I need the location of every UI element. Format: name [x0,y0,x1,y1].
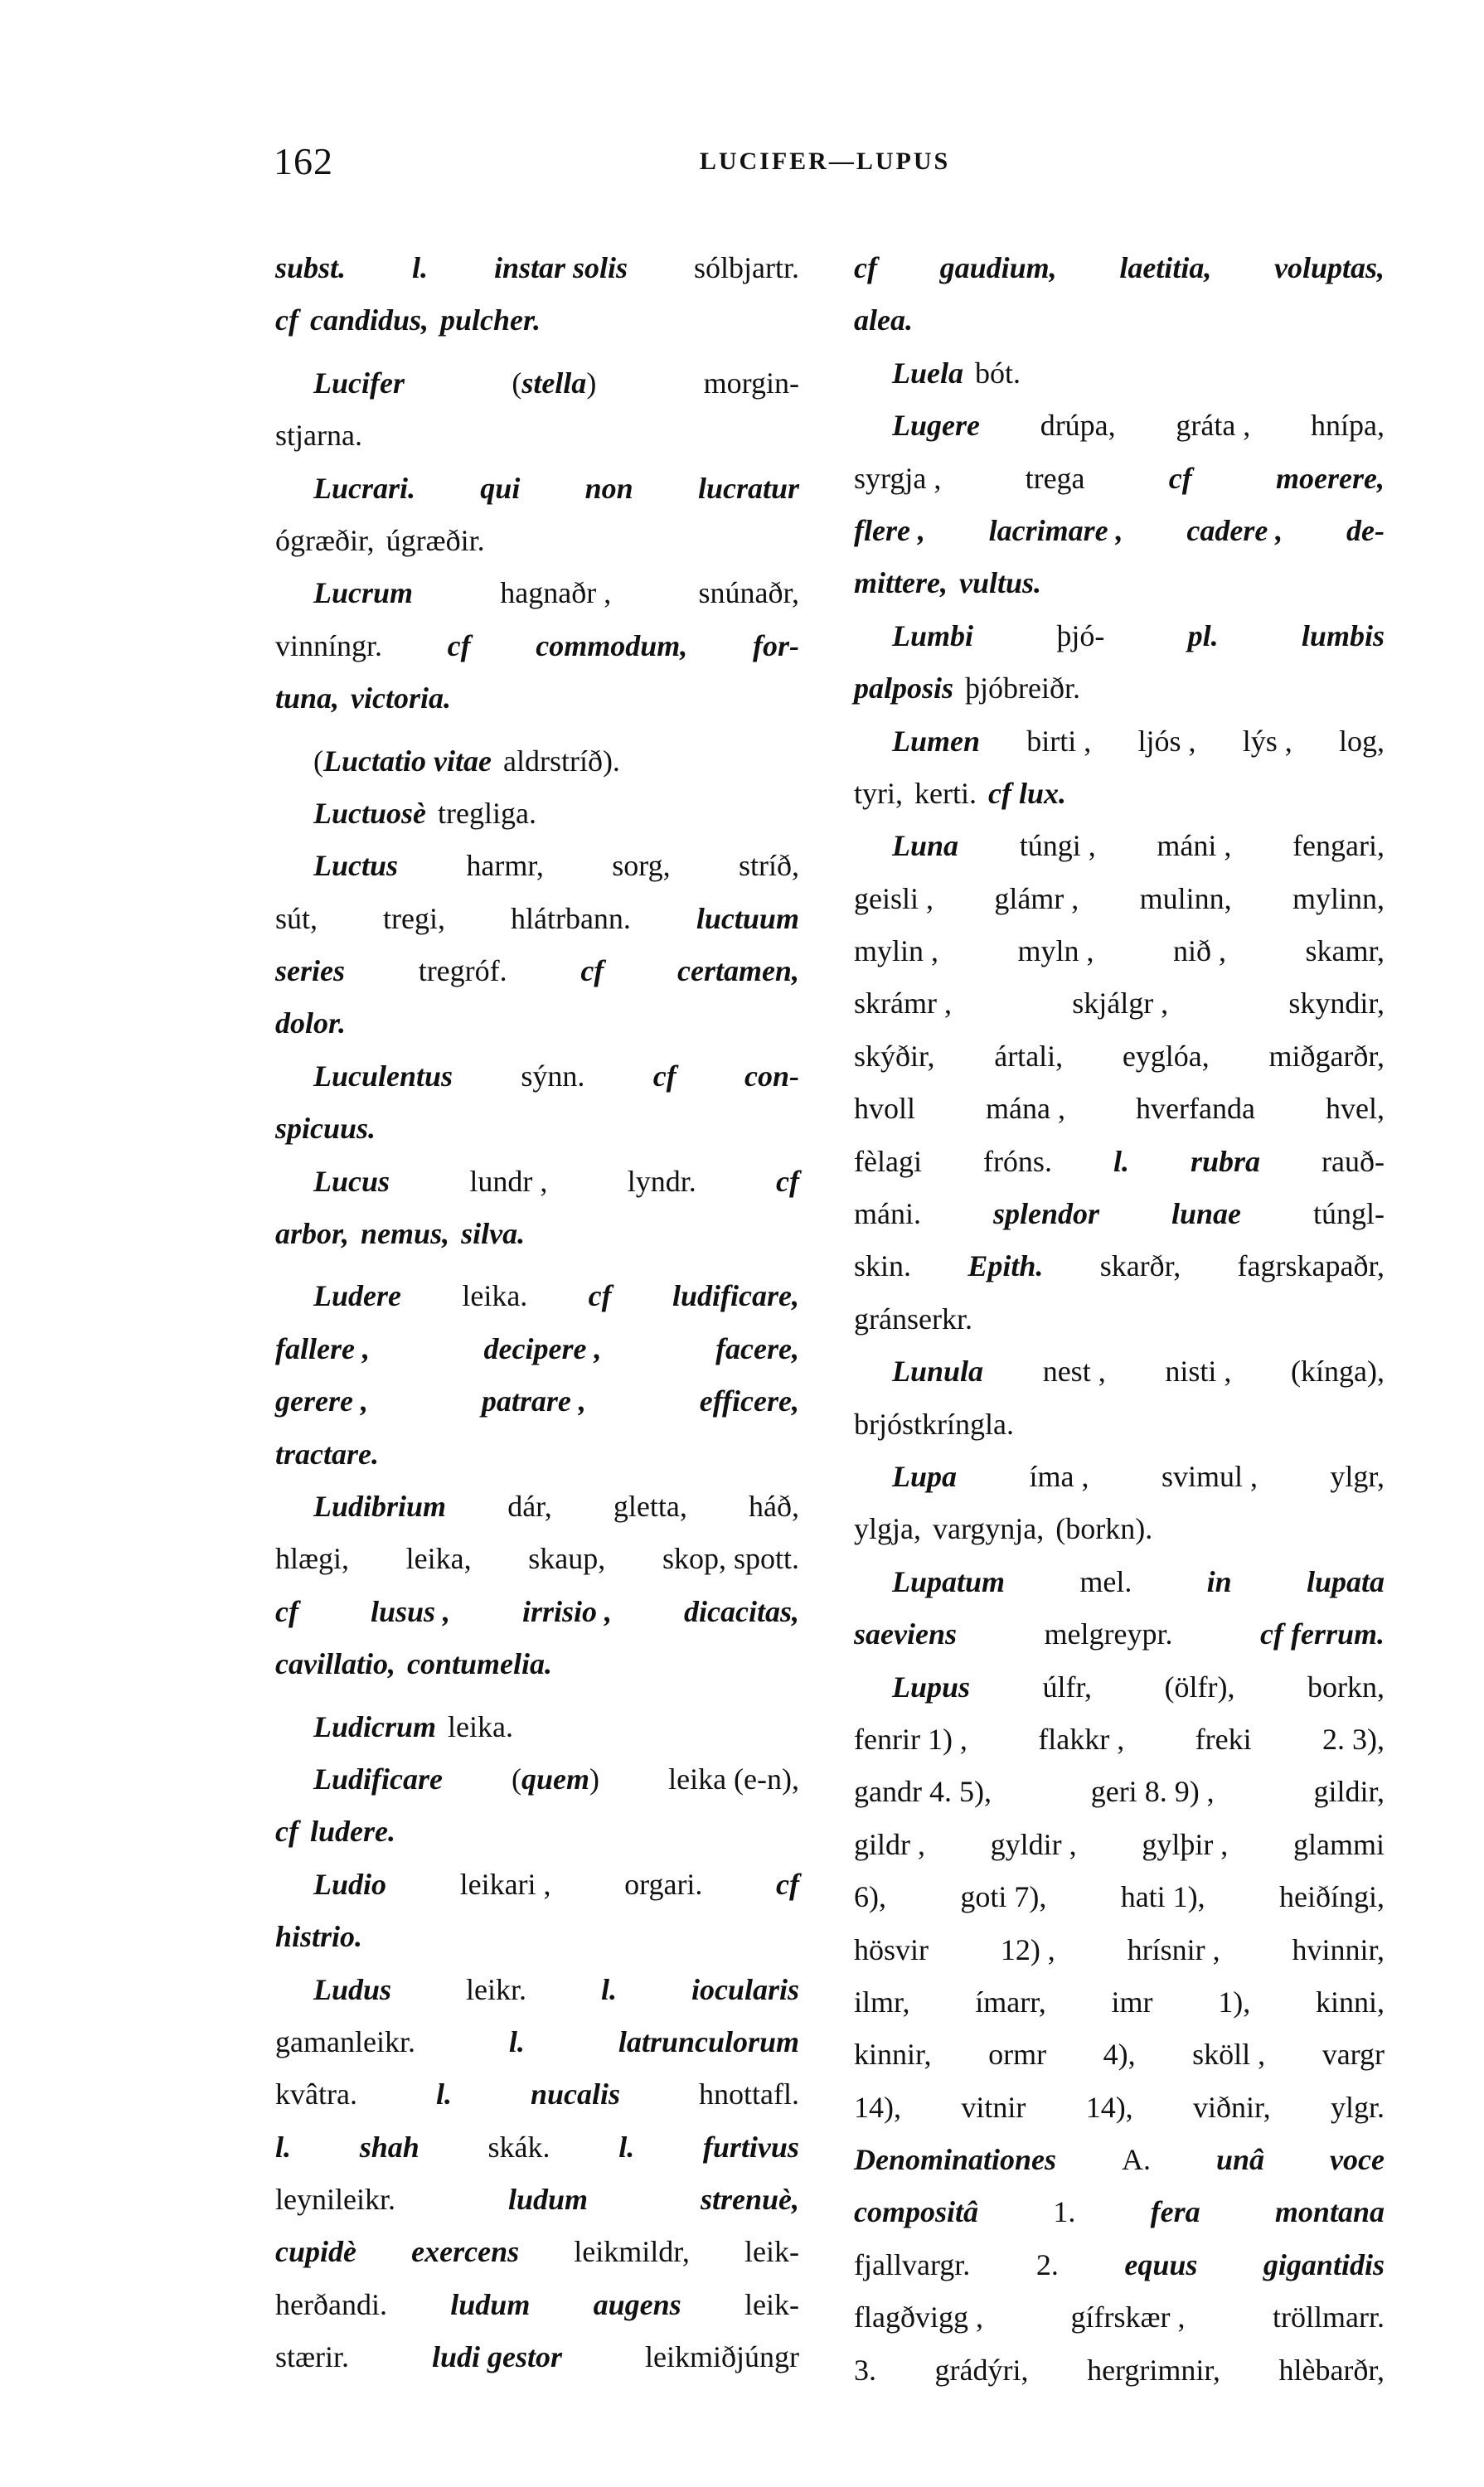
text-line: saeviensmelgreypr.cf ferrum. [854,1608,1385,1660]
latin-term: cf [776,1165,799,1198]
icelandic-gloss: leikmildr, [574,2235,690,2268]
text-line: Lucifer(stella)morgin- [275,357,799,410]
icelandic-gloss: borkn, [1307,1670,1385,1704]
icelandic-gloss: hvoll [854,1092,915,1125]
text-line: tuna,victoria. [275,672,799,725]
word-group: histrio. [275,1911,362,1963]
word-group: geisli , [854,873,934,925]
icelandic-gloss: fenrir 1) , [854,1723,968,1756]
word-group: con- [744,1050,799,1103]
icelandic-gloss: 1), [1218,1985,1250,2019]
word-group: nið , [1173,925,1226,977]
icelandic-gloss: íma , [1029,1460,1089,1493]
icelandic-gloss: stærir. [275,2340,349,2373]
word-group: sút, [275,893,318,945]
latin-term: Lupatum [892,1565,1005,1598]
latin-term: cupidè [275,2235,356,2268]
icelandic-gloss: (kínga), [1291,1355,1385,1388]
word-group: fera [1151,2186,1200,2238]
word-group: leikari , [460,1859,551,1911]
word-group: glammi [1293,1819,1385,1871]
word-group: mittere, [854,557,948,609]
text-line: ógræðir,úgræðir. [275,515,799,567]
word-group: hlèbarðr, [1278,2344,1385,2397]
latin-term: montana [1275,2195,1385,2228]
text-line: cflusus ,irrisio ,dicacitas, [275,1586,799,1638]
icelandic-gloss: vitnir [961,2091,1026,2124]
word-group: hnípa, [1311,400,1385,452]
word-group: gletta, [613,1481,687,1533]
word-group: cf [580,945,604,997]
word-group: leikr. [466,1964,526,2016]
icelandic-gloss: mána , [986,1092,1065,1125]
word-group: skyndir, [1288,977,1385,1030]
icelandic-gloss: tröllmarr. [1273,2300,1385,2334]
text-line: sút,tregi,hlátrbann.luctuum [275,893,799,945]
word-group: subst. [275,242,346,294]
latin-term: l. [618,2131,634,2164]
latin-term: Lucrari. [313,472,415,505]
latin-term: lumbis [1302,619,1385,652]
text-line: kvâtra.l.nucalishnottafl. [275,2068,799,2121]
icelandic-gloss: viðnir, [1193,2091,1271,2124]
icelandic-gloss: hlèbarðr, [1278,2354,1385,2387]
word-group: arbor, [275,1208,349,1260]
text-line: Luelabót. [854,347,1385,400]
word-group: orgari. [624,1859,702,1911]
text-line: mylin ,myln ,nið ,skamr, [854,925,1385,977]
icelandic-gloss: imr [1112,1985,1153,2019]
latin-term: Denominationes [854,2143,1056,2176]
word-group: nemus, [361,1208,449,1260]
word-group: lupata [1307,1556,1385,1608]
running-head: LUCIFER—LUPUS [274,148,1376,176]
icelandic-gloss: (ölfr), [1165,1670,1235,1704]
icelandic-gloss: lyndr. [628,1165,696,1198]
latin-term: Luna [892,829,958,862]
word-group: hergrimnir, [1087,2344,1220,2397]
word-group: ylgr, [1330,1451,1385,1503]
word-group: strenuè, [701,2174,799,2226]
latin-term: compositâ [854,2195,978,2228]
word-group: Luctuosè [313,788,426,840]
text-line: hlægi,leika,skaup,skop, spott. [275,1533,799,1585]
word-group: úlfr, [1043,1661,1093,1714]
icelandic-gloss: leika (e-n), [668,1762,799,1796]
latin-term: decipere , [484,1332,602,1365]
word-group: Lunula [892,1345,983,1398]
word-group: tregliga. [438,788,536,840]
word-group: cf [776,1156,799,1208]
icelandic-gloss: skarðr, [1100,1249,1181,1282]
word-group: geri 8. 9) , [1091,1766,1215,1818]
word-group: nisti , [1165,1345,1231,1398]
text-line: DenominationesA.unâvoce [854,2134,1385,2186]
icelandic-gloss: tregliga. [438,797,536,830]
icelandic-gloss: nest , [1043,1355,1106,1388]
word-group: sorg, [612,840,670,892]
word-group: augens [594,2279,681,2331]
word-group: shah [360,2121,419,2174]
text-line: gerere ,patrare ,efficere, [275,1375,799,1428]
text-line: Luctusharmr,sorg,stríð, [275,840,799,892]
latin-term: Lucrum [313,576,413,609]
word-group: fróns. [983,1136,1052,1188]
word-group: flagðvigg , [854,2291,983,2344]
text-line: Lumenbirti ,ljós ,lýs ,log, [854,715,1385,768]
word-group: fjallvargr. [854,2239,970,2291]
icelandic-gloss: kvâtra. [275,2077,357,2111]
icelandic-gloss: fróns. [983,1145,1052,1178]
word-group: cf [589,1270,612,1322]
text-line: stærir.ludi gestorleikmiðjúngr [275,2331,799,2383]
text-line: flere ,lacrimare ,cadere ,de- [854,505,1385,557]
word-group: brjóstkríngla. [854,1399,1014,1451]
icelandic-gloss: skin. [854,1249,911,1282]
latin-term: tuna, [275,681,339,715]
latin-term: non [585,472,633,505]
word-group: tregróf. [419,945,507,997]
text-line: compositâ1.feramontana [854,2186,1385,2238]
latin-term: patrare , [482,1384,586,1418]
icelandic-gloss: mylinn, [1292,882,1385,915]
word-group: vargynja, [933,1503,1044,1555]
word-group: gamanleikr. [275,2016,415,2068]
word-group: kinnir, [854,2029,932,2081]
word-group: skrámr , [854,977,952,1030]
word-group: 2. 3), [1322,1714,1385,1766]
latin-term: cadere , [1186,514,1283,547]
text-line: gildr ,gyldir ,gylþir ,glammi [854,1819,1385,1871]
latin-term: dolor. [275,1006,346,1040]
word-group: l. [1113,1136,1129,1188]
latin-term: cf [653,1059,677,1093]
word-group: fèlagi [854,1136,922,1188]
word-group: viðnir, [1193,2082,1271,2134]
text-line: Luctuosètregliga. [275,788,799,840]
text-line: Ludereleika.cfludificare, [275,1270,799,1322]
text-line: gandr 4. 5),geri 8. 9) ,gildir, [854,1766,1385,1818]
icelandic-gloss: ljós , [1137,725,1195,758]
text-line: skrámr ,skjálgr ,skyndir, [854,977,1385,1030]
word-group: pl. [1188,610,1219,662]
word-group: gigantidis [1263,2239,1385,2291]
text-line: skin.Epith.skarðr,fagrskapaðr, [854,1240,1385,1292]
page-header: 162 LUCIFER—LUPUS [274,139,1376,189]
latin-term: subst. [275,251,346,284]
latin-term: Ludus [313,1973,391,2006]
word-group: l. [601,1964,617,2016]
word-group: ludere. [310,1806,395,1858]
text-line: dolor. [275,997,799,1050]
text-line: alea. [854,294,1385,347]
word-group: vinníngr. [275,620,382,672]
icelandic-gloss: leika. [448,1710,513,1743]
icelandic-gloss: skyndir, [1288,987,1385,1020]
word-group: cavillatio, [275,1638,395,1690]
word-group: Ludus [313,1964,391,2016]
icelandic-gloss: ( [512,366,521,400]
text-line: 14),vitnir14),viðnir,ylgr. [854,2082,1385,2134]
word-group: máni , [1157,820,1231,872]
word-group: leika. [448,1701,513,1753]
latin-term: furtivus [703,2131,799,2164]
word-group: Epith. [968,1240,1043,1292]
word-group: Lumbi [892,610,973,662]
word-group: ímarr, [975,1976,1046,2029]
word-group: freki [1195,1714,1252,1766]
word-group: voluptas, [1274,242,1385,294]
word-group: hvinnir, [1292,1924,1385,1976]
text-line: Ludicrumleika. [275,1701,799,1753]
word-group: leika. [462,1270,527,1322]
word-group: vitnir [961,2082,1026,2134]
latin-term: vultus. [959,566,1041,599]
word-group: commodum, [536,620,687,672]
latin-term: Lupa [892,1460,957,1493]
word-group: miðgarðr, [1268,1030,1385,1083]
icelandic-gloss: ylgr. [1331,2091,1385,2124]
word-group: hvel, [1326,1083,1385,1135]
latin-term: gigantidis [1263,2248,1385,2281]
icelandic-gloss: sorg, [612,849,670,882]
icelandic-gloss: geisli , [854,882,934,915]
icelandic-gloss: túngl- [1313,1197,1385,1230]
icelandic-gloss: dár, [507,1490,552,1523]
icelandic-gloss: nisti , [1165,1355,1231,1388]
icelandic-gloss: sköll , [1192,2038,1265,2071]
latin-term: Lupus [892,1670,970,1704]
latin-term: shah [360,2131,419,2164]
latin-term: cf [448,629,471,662]
word-group: alea. [854,294,913,347]
word-group: facere, [715,1323,799,1375]
icelandic-gloss: leika, [406,1542,472,1575]
latin-term: laetitia, [1119,251,1211,284]
icelandic-gloss: 4), [1103,2038,1136,2071]
word-group: flakkr , [1038,1714,1124,1766]
word-group: stjarna. [275,410,362,462]
text-line: cfludere. [275,1806,799,1858]
icelandic-gloss: myln , [1017,934,1094,967]
word-group: cf [854,242,877,294]
word-group: gandr 4. 5), [854,1766,992,1818]
latin-term: Ludio [313,1868,386,1901]
text-line: arbor,nemus,silva. [275,1208,799,1260]
word-group: 3. [854,2344,876,2397]
icelandic-gloss: ) [589,1762,599,1796]
icelandic-gloss: gránserkr. [854,1302,972,1336]
word-group: saeviens [854,1608,957,1660]
text-line: Lupaíma ,svimul ,ylgr, [854,1451,1385,1503]
word-group: l. [509,2016,525,2068]
text-line: hösvir12) ,hrísnir ,hvinnir, [854,1924,1385,1976]
icelandic-gloss: svimul , [1161,1460,1258,1493]
icelandic-gloss: kinni, [1316,1985,1385,2019]
word-group: Lucus [313,1156,390,1208]
text-line: ilmr,ímarr,imr1),kinni, [854,1976,1385,2029]
latin-term: Luctus [313,849,398,882]
icelandic-gloss: sút, [275,902,318,935]
word-group: sköll , [1192,2029,1265,2081]
text-line: Lunulanest ,nisti ,(kínga), [854,1345,1385,1398]
icelandic-gloss: sýnn. [521,1059,584,1093]
icelandic-gloss: úlfr, [1043,1670,1093,1704]
word-group: stærir. [275,2331,349,2383]
word-group: kinni, [1316,1976,1385,2029]
word-group: efficere, [700,1375,799,1428]
icelandic-gloss: tregróf. [419,954,507,987]
word-group: leikmildr, [574,2226,690,2278]
text-line: Lucrumhagnaðr ,snúnaðr, [275,567,799,619]
icelandic-gloss: 12) , [1001,1933,1055,1966]
icelandic-gloss: goti 7), [960,1880,1046,1913]
word-group: cupidè [275,2226,356,2278]
icelandic-gloss: gylþir , [1142,1828,1228,1861]
latin-term: cf [275,1595,298,1628]
word-group: gyldir , [991,1819,1077,1871]
icelandic-gloss: morgin- [704,366,799,400]
word-group: de- [1346,505,1385,557]
icelandic-gloss: miðgarðr, [1268,1040,1385,1073]
icelandic-gloss: orgari. [624,1868,702,1901]
word-group: cf [448,620,471,672]
word-group: lyndr. [628,1156,696,1208]
word-group: gildir, [1313,1766,1385,1818]
word-group: (borkn). [1055,1503,1152,1555]
latin-term: con- [744,1059,799,1093]
word-group: stríð, [739,840,799,892]
word-group: cf [1169,453,1192,505]
latin-term: efficere, [700,1384,799,1418]
latin-term: ludi gestor [432,2340,562,2373]
word-group: tractare. [275,1428,379,1481]
word-group: silva. [461,1208,525,1260]
icelandic-gloss: glámr , [994,882,1079,915]
word-group: Lugere [892,400,980,452]
word-group: mylin , [854,925,938,977]
icelandic-gloss: vinníngr. [275,629,382,662]
word-group: rubra [1191,1136,1260,1188]
word-group: Lumen [892,715,980,768]
latin-term: Ludificare [313,1762,443,1796]
icelandic-gloss: hergrimnir, [1087,2354,1220,2387]
word-group: trega [1026,453,1085,505]
word-group: fallere , [275,1323,370,1375]
latin-term: strenuè, [701,2183,799,2216]
latin-term: pulcher. [440,303,541,337]
latin-term: cf [580,954,604,987]
word-group: lýs , [1243,715,1292,768]
icelandic-gloss: heiðíngi, [1279,1880,1385,1913]
icelandic-gloss: fengari, [1292,829,1385,862]
icelandic-gloss: stjarna. [275,419,362,452]
word-group: voce [1330,2134,1385,2186]
icelandic-gloss: leik- [744,2235,799,2268]
word-group: Lucrum [313,567,413,619]
icelandic-gloss: úgræðir. [386,524,485,557]
word-group: gerere , [275,1375,368,1428]
latin-term: Luculentus [313,1059,453,1093]
word-group: sýnn. [521,1050,584,1103]
icelandic-gloss: hati 1), [1121,1880,1205,1913]
latin-term: splendor [993,1197,1099,1230]
text-line: gránserkr. [854,1293,1385,1345]
word-group: aldrstríð). [503,735,620,788]
word-group: mel. [1079,1556,1132,1608]
icelandic-gloss: leika. [462,1279,527,1312]
latin-term: lusus , [371,1595,450,1628]
word-group: hösvir [854,1924,929,1976]
word-group: Ludicrum [313,1701,436,1753]
word-group: nest , [1043,1345,1106,1398]
left-column: subst.l.instar solissólbjartr.cfcandidus… [275,242,799,2384]
latin-term: commodum, [536,629,687,662]
icelandic-gloss: skamr, [1305,934,1385,967]
word-group: (stella) [512,357,596,410]
latin-term: Epith. [968,1249,1043,1282]
text-line: cfgaudium,laetitia,voluptas, [854,242,1385,294]
word-group: Luela [892,347,963,400]
latin-term: mittere, [854,566,948,599]
icelandic-gloss: hvinnir, [1292,1933,1385,1966]
icelandic-gloss: hlátrbann. [511,902,631,935]
latin-term: dicacitas, [684,1595,799,1628]
word-group: cadere , [1186,505,1283,557]
icelandic-gloss: bót. [975,356,1021,390]
word-group: Ludere [313,1270,401,1322]
word-group: fenrir 1) , [854,1714,968,1766]
word-group: palposis [854,662,953,715]
word-group: for- [753,620,799,672]
latin-term: tractare. [275,1437,379,1471]
text-line: l.shahskák.l.furtivus [275,2121,799,2174]
text-line: fallere ,decipere ,facere, [275,1323,799,1375]
word-group: furtivus [703,2121,799,2174]
text-line: Lucrari.quinonlucratur [275,463,799,515]
text-line: Ludusleikr.l.iocularis [275,1964,799,2016]
word-group: sólbjartr. [694,242,799,294]
word-group: hlægi, [275,1533,349,1585]
icelandic-gloss: flakkr , [1038,1723,1124,1756]
word-group: laetitia, [1119,242,1211,294]
icelandic-gloss: trega [1026,462,1085,495]
word-group: ylgja, [854,1503,921,1555]
icelandic-gloss: mel. [1079,1565,1132,1598]
icelandic-gloss: háð, [749,1490,799,1523]
icelandic-gloss: geri 8. 9) , [1091,1775,1215,1808]
word-group: herðandi. [275,2279,387,2331]
word-group: 6), [854,1871,886,1923]
latin-term: Ludibrium [313,1490,446,1523]
icelandic-gloss: gráta , [1176,409,1250,442]
icelandic-gloss: 14), [1086,2091,1133,2124]
latin-term: flere , [854,514,925,547]
text-line: Ludificare(quem)leika (e-n), [275,1753,799,1806]
latin-term: cf lux. [988,777,1066,810]
latin-term: cf [854,251,877,284]
word-group: l. [618,2121,634,2174]
word-group: Ludio [313,1859,386,1911]
icelandic-gloss: kinnir, [854,2038,932,2071]
text-line: hvollmána ,hverfandahvel, [854,1083,1385,1135]
icelandic-gloss: sólbjartr. [694,251,799,284]
text-line: Lumbiþjó-pl.lumbis [854,610,1385,662]
latin-term: ludum [450,2288,530,2321]
icelandic-gloss: hnottafl. [699,2077,799,2111]
word-group: imr [1112,1976,1153,2029]
word-group: equus [1124,2239,1197,2291]
